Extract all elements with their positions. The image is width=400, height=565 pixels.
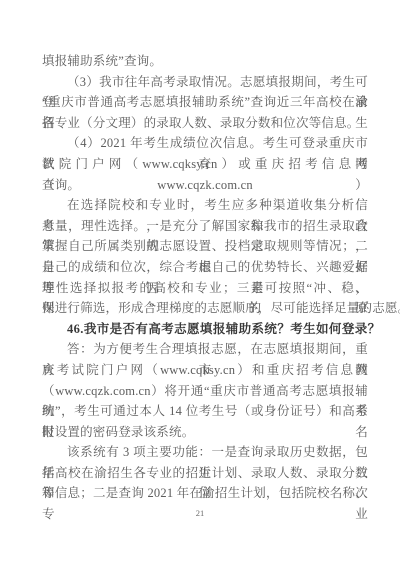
text-line: 在选择院校和专业时，考生应多种渠道收集分析信息，综合 (42, 195, 368, 216)
text-line: （3）我市往年高考录取情况。志愿填报期间，考生可登录 (42, 72, 368, 93)
text-line: 该系统有 3 项主要功能：一是查询录取历史数据，包括近三 (42, 442, 368, 463)
question-heading: 46.我市是否有高考志愿填报辅助系统？考生如何登录？ (42, 319, 368, 340)
text-line: 各专业（分文理）的录取人数、录取分数和位次等信息。 (42, 113, 368, 134)
text-line: 年高校在渝招生各专业的招生计划、录取人数、录取分数和位次 (42, 463, 368, 484)
text-line: 考量，理性选择。一是充分了解国家和我市的招生录取政策规定， (42, 216, 368, 237)
document-page: 填报辅助系统”查询。（3）我市往年高考录取情况。志愿填报期间，考生可登录“重庆市… (0, 0, 400, 565)
text-line: （www.cqzk.com.cn）将开通“重庆市普通高考志愿填报辅助系 (42, 381, 368, 402)
page-number: 21 (0, 508, 400, 518)
text-line: 掌握自己所属类别的志愿设置、投档录取规则等情况；二是根据 (42, 236, 368, 257)
text-line: 统”，考生可通过本人 14 位考生号（或身份证号）和高考报名 (42, 401, 368, 422)
text-line: 育考试院门户网（www.cqksy.cn）和重庆招考信息网 (42, 360, 368, 381)
text-line: 自己的成绩和位次，综合考虑自己的优势特长、兴趣爱好等因素， (42, 257, 368, 278)
document-text: 填报辅助系统”查询。（3）我市往年高考录取情况。志愿填报期间，考生可登录“重庆市… (42, 51, 368, 504)
text-line: 理性选择拟报考的高校和专业；三是可按照“冲、稳、保”的原 (42, 278, 368, 299)
text-line: 填报辅助系统”查询。 (42, 51, 368, 72)
text-line: 则进行筛选，形成合理梯度的志愿顺序，尽可能选择足量的志愿。 (42, 298, 368, 319)
text-line: 试院门户网（www.cqksy.cn）或重庆招考信息网（www.cqzk.com… (42, 154, 368, 175)
text-line: （4）2021 年考生成绩位次信息。考生可登录重庆市教育考 (42, 133, 368, 154)
text-line: “重庆市普通高考志愿填报辅助系统”查询近三年高校在渝招生 (42, 92, 368, 113)
text-line: 答：为方便考生合理填报志愿，在志愿填报期间，重庆市教 (42, 339, 368, 360)
text-line: 等信息；二是查询 2021 年在渝招生计划，包括院校名称、专业 (42, 483, 368, 504)
